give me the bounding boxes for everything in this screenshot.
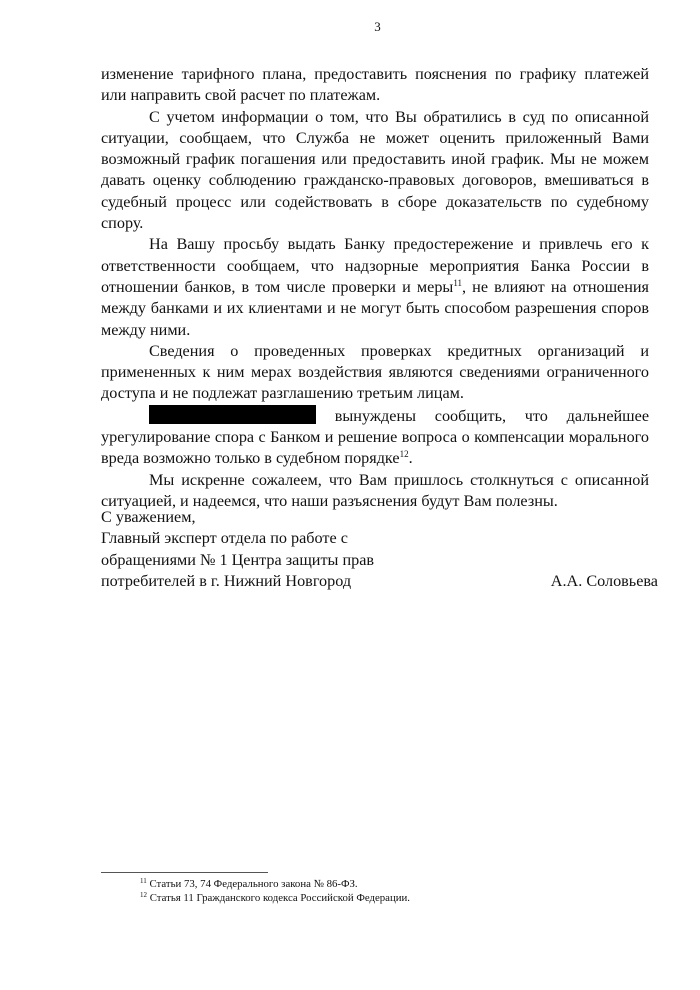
footnote-11-text: Статьи 73, 74 Федерального закона № 86-Ф… <box>147 878 358 890</box>
footnote-ref-12: 12 <box>400 449 409 459</box>
footnotes: 11 Статьи 73, 74 Федерального закона № 8… <box>140 878 410 905</box>
paragraph-1: изменение тарифного плана, предоставить … <box>101 64 649 107</box>
footnote-11: 11 Статьи 73, 74 Федерального закона № 8… <box>140 878 410 892</box>
page-number: 3 <box>0 19 700 35</box>
letter-body: изменение тарифного плана, предоставить … <box>101 64 649 512</box>
paragraph-5-text-b: . <box>409 449 413 467</box>
footnote-12: 12 Статья 11 Гражданского кодекса Россий… <box>140 892 410 906</box>
paragraph-5: вынуждены сообщить, что дальнейшее урегу… <box>101 405 649 470</box>
closing: С уважением, <box>101 507 658 528</box>
position-line-2: обращениями № 1 Центра защиты прав <box>101 550 658 571</box>
footnote-12-text: Статья 11 Гражданского кодекса Российско… <box>147 892 410 904</box>
signature-line: потребителей в г. Нижний Новгород А.А. С… <box>101 571 658 592</box>
footnote-ref-11: 11 <box>453 278 462 288</box>
paragraph-6: Мы искренне сожалеем, что Вам пришлось с… <box>101 470 649 513</box>
paragraph-4: Сведения о проведенных проверках кредитн… <box>101 341 649 405</box>
footnote-11-marker: 11 <box>140 877 147 885</box>
redaction-block <box>149 405 316 424</box>
footnote-separator <box>101 872 268 873</box>
signature-block: С уважением, Главный эксперт отдела по р… <box>101 507 658 592</box>
paragraph-2: С учетом информации о том, что Вы обрати… <box>101 107 649 235</box>
position-line-3: потребителей в г. Нижний Новгород <box>101 571 351 592</box>
signatory-name: А.А. Соловьева <box>551 571 658 592</box>
footnote-12-marker: 12 <box>140 891 147 899</box>
paragraph-3: На Вашу просьбу выдать Банку предостереж… <box>101 234 649 340</box>
position-line-1: Главный эксперт отдела по работе с <box>101 528 658 549</box>
